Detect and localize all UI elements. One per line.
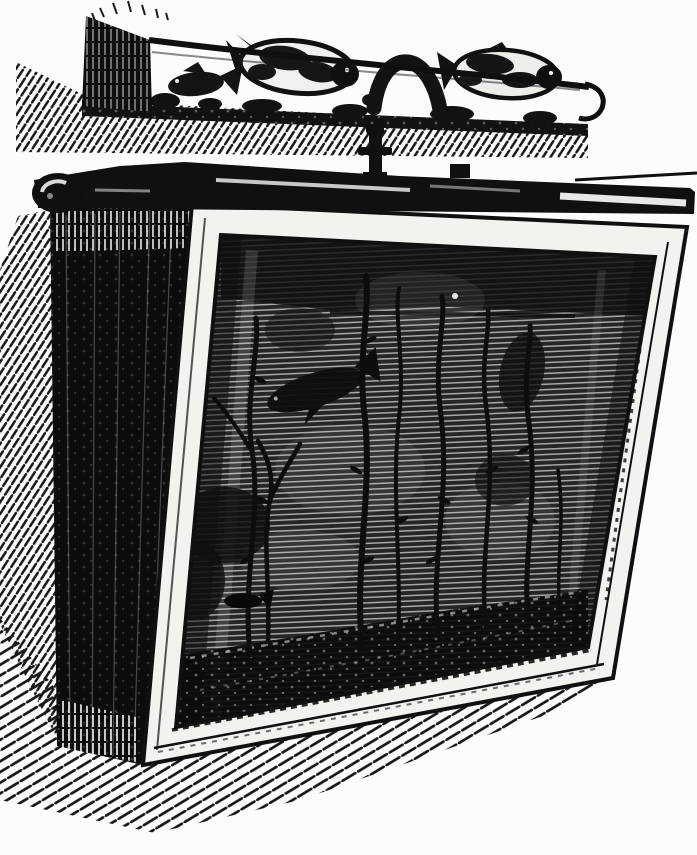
engraving-canvas: [0, 0, 697, 855]
lid-end-knob: [32, 173, 84, 213]
lid-cleat: [450, 164, 470, 178]
lid-cleat: [206, 166, 215, 177]
aquarium-engraving: [0, 0, 697, 855]
